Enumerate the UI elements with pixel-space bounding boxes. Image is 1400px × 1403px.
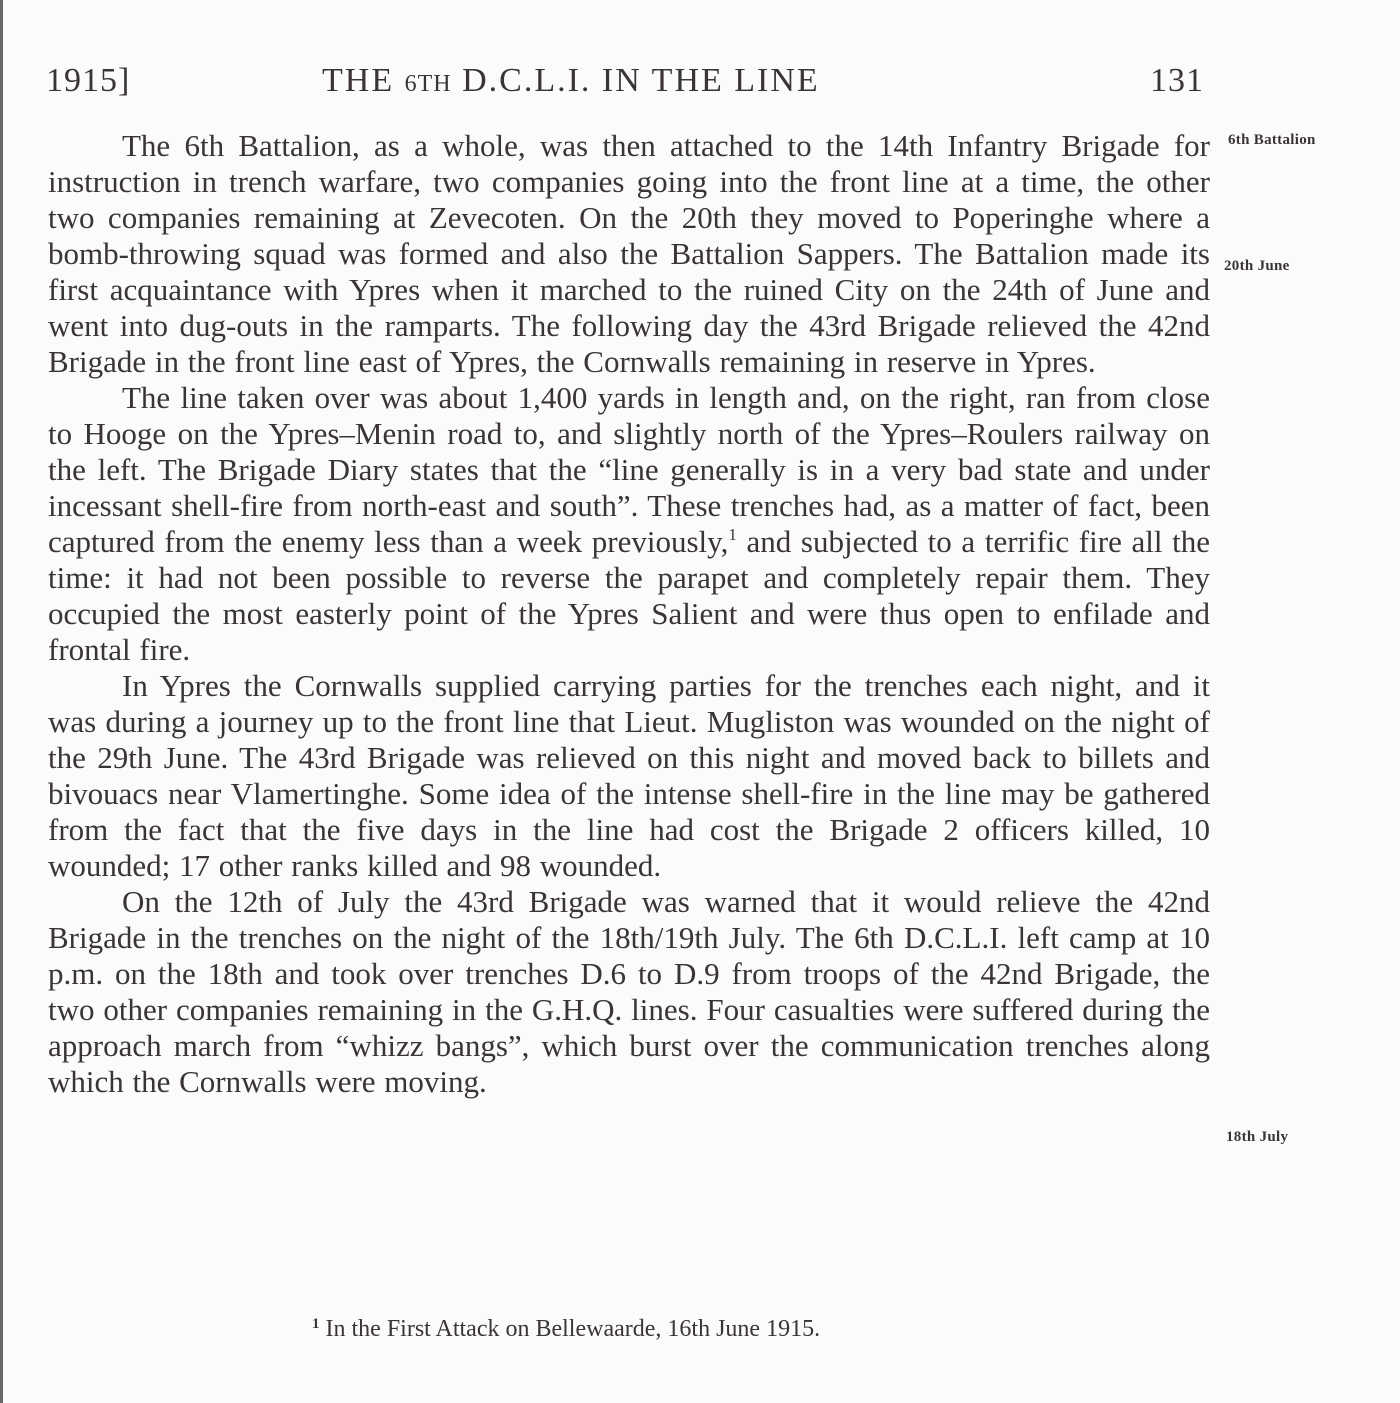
paragraph-3: In Ypres the Cornwalls supplied carrying…	[48, 668, 1210, 884]
footnote-marker: 1	[312, 1316, 320, 1332]
footnote: 1 In the First Attack on Bellewaarde, 16…	[312, 1316, 820, 1343]
running-head-title: THE 6TH D.C.L.I. IN THE LINE	[322, 62, 820, 100]
title-smallcaps: 6TH	[405, 71, 452, 97]
footnote-reference: 1	[728, 525, 737, 544]
running-head-year: 1915]	[46, 62, 130, 100]
title-suffix: D.C.L.I. IN THE LINE	[462, 62, 820, 99]
page-number: 131	[1150, 62, 1204, 100]
running-head: 1915] THE 6TH D.C.L.I. IN THE LINE 131	[46, 62, 1210, 102]
paragraph-2: The line taken over was about 1,400 yard…	[48, 380, 1210, 668]
paragraph-4: On the 12th of July the 43rd Brigade was…	[48, 884, 1210, 1100]
paragraph-1: The 6th Battalion, as a whole, was then …	[48, 128, 1210, 380]
body-text: The 6th Battalion, as a whole, was then …	[48, 128, 1210, 1100]
side-note-6th-battalion: 6th Battalion	[1228, 132, 1316, 149]
title-prefix: THE	[322, 62, 394, 99]
side-note-20th-june: 20th June	[1224, 258, 1290, 275]
page-left-edge	[0, 0, 3, 1403]
footnote-text: In the First Attack on Bellewaarde, 16th…	[320, 1316, 821, 1342]
side-note-18th-july: 18th July	[1226, 1129, 1288, 1146]
